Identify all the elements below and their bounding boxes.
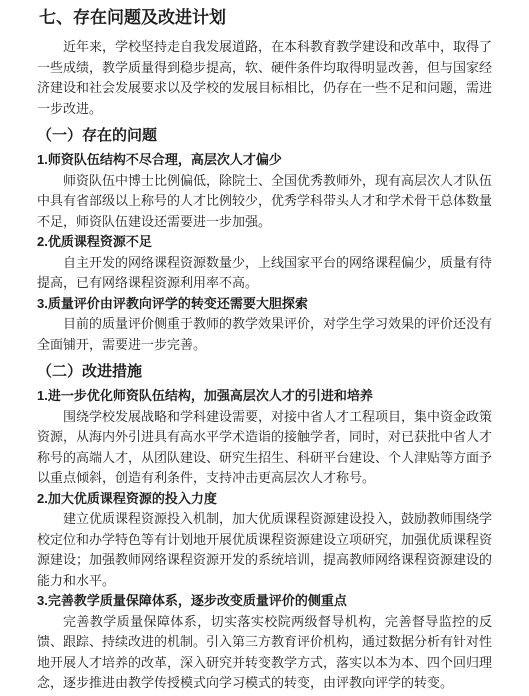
measure-1-paragraph: 围绕学校发展战略和学科建设需要，对接中省人才工程项目，集中资金政策资源，从海内外… (37, 407, 492, 489)
problem-1-paragraph: 师资队伍中博士比例偏低，除院士、全国优秀教师外，现有高层次人才队伍中具有省部级以… (37, 171, 492, 233)
page-title: 七、存在问题及改进计划 (39, 5, 492, 30)
problem-3-paragraph: 目前的质量评价侧重于教师的教学效果评价，对学生学习效果的评价还没有全面铺开，需要… (37, 314, 492, 355)
section-heading-measures: （二）改进措施 (37, 361, 492, 383)
measure-1-heading: 1.进一步优化师资队伍结构，加强高层次人才的引进和培养 (37, 386, 492, 407)
document-page: 七、存在问题及改进计划 近年来，学校坚持走自我发展道路，在本科教育教学建设和改革… (0, 0, 529, 696)
section-heading-problems: （一）存在的问题 (37, 125, 492, 147)
problem-1-heading: 1.师资队伍结构不尽合理，高层次人才偏少 (37, 150, 492, 171)
problem-3-heading: 3.质量评价由评教向评学的转变还需要大胆探索 (37, 294, 492, 315)
measure-2-paragraph: 建立优质课程资源投入机制，加大优质课程资源建设投入，鼓励教师围绕学校定位和办学特… (37, 509, 492, 591)
intro-paragraph: 近年来，学校坚持走自我发展道路，在本科教育教学建设和改革中，取得了一些成绩，教学… (37, 37, 492, 119)
problem-2-heading: 2.优质课程资源不足 (37, 232, 492, 253)
measure-2-heading: 2.加大优质课程资源的投入力度 (37, 489, 492, 510)
measure-3-heading: 3.完善教学质量保障体系，逐步改变质量评价的侧重点 (37, 591, 492, 612)
measure-3-paragraph: 完善教学质量保障体系，切实落实校院两级督导机构，完善督导监控的反馈、跟踪、持续改… (37, 612, 492, 694)
problem-2-paragraph: 自主开发的网络课程资源数量少，上线国家平台的网络课程偏少，质量有待提高，已有网络… (37, 253, 492, 294)
